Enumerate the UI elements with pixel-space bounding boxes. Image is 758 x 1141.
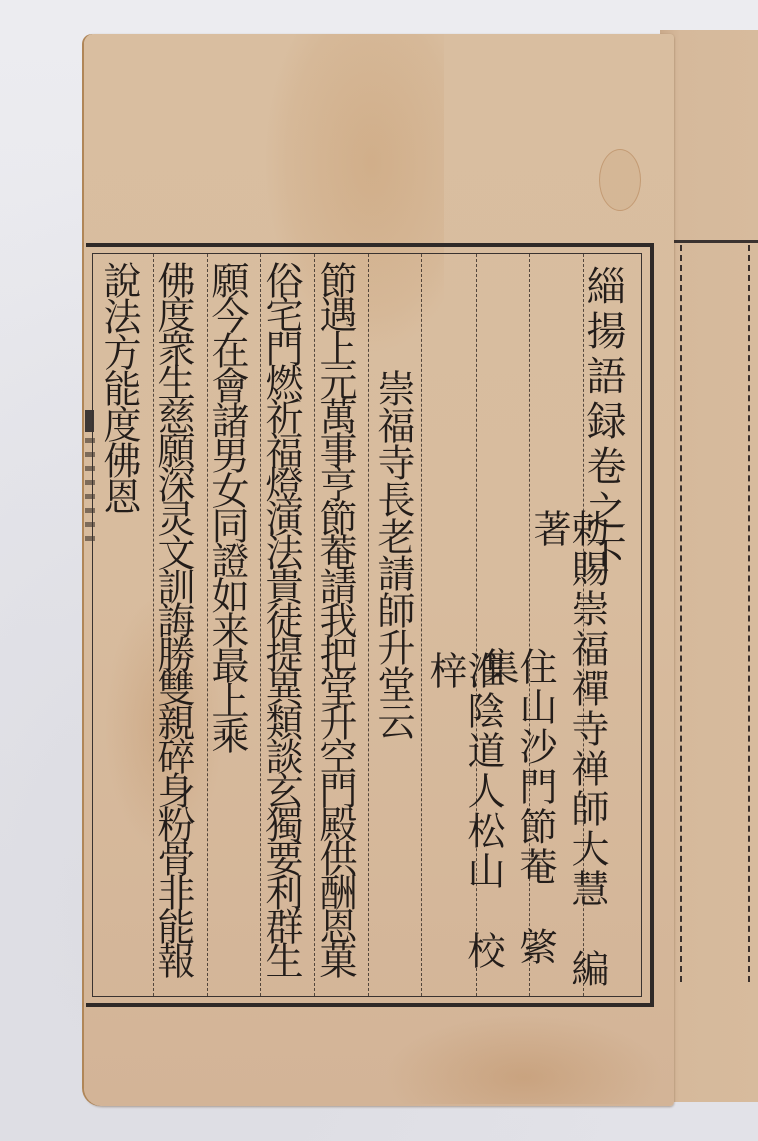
column-divider [421, 254, 422, 996]
facing-page [660, 30, 758, 1102]
column-divider [368, 254, 369, 996]
verse-line-1: 節遇上元萬事亨節菴請我把堂升空門殿供酬恩菓 [316, 261, 354, 975]
verse-line-2: 俗宅門燃祈福燈演法貴徒提異類談玄獨要利群生 [262, 261, 300, 975]
facing-page-rule [680, 245, 682, 982]
facing-page-rule [748, 245, 750, 982]
water-stain [599, 149, 641, 211]
water-stain [384, 1014, 664, 1104]
editor-credit: 淮陰道人松山 校梓 [426, 651, 502, 1003]
sermon-heading: 崇福寺長老請師升堂云 [374, 369, 412, 739]
verse-line-5: 說法方能度佛恩 [100, 261, 138, 513]
verse-line-4: 佛度衆生慈願深灵文訓誨勝雙親碎身粉骨非能報 [154, 261, 192, 975]
print-block: 緇揚語録卷之下 勅賜崇福禪寺禅師大慧 編著 住山沙門節菴 綮集 淮陰道人松山 校… [86, 243, 654, 1007]
verse-line-3: 願今在會諸男女同證如来最上乘 [208, 261, 246, 751]
